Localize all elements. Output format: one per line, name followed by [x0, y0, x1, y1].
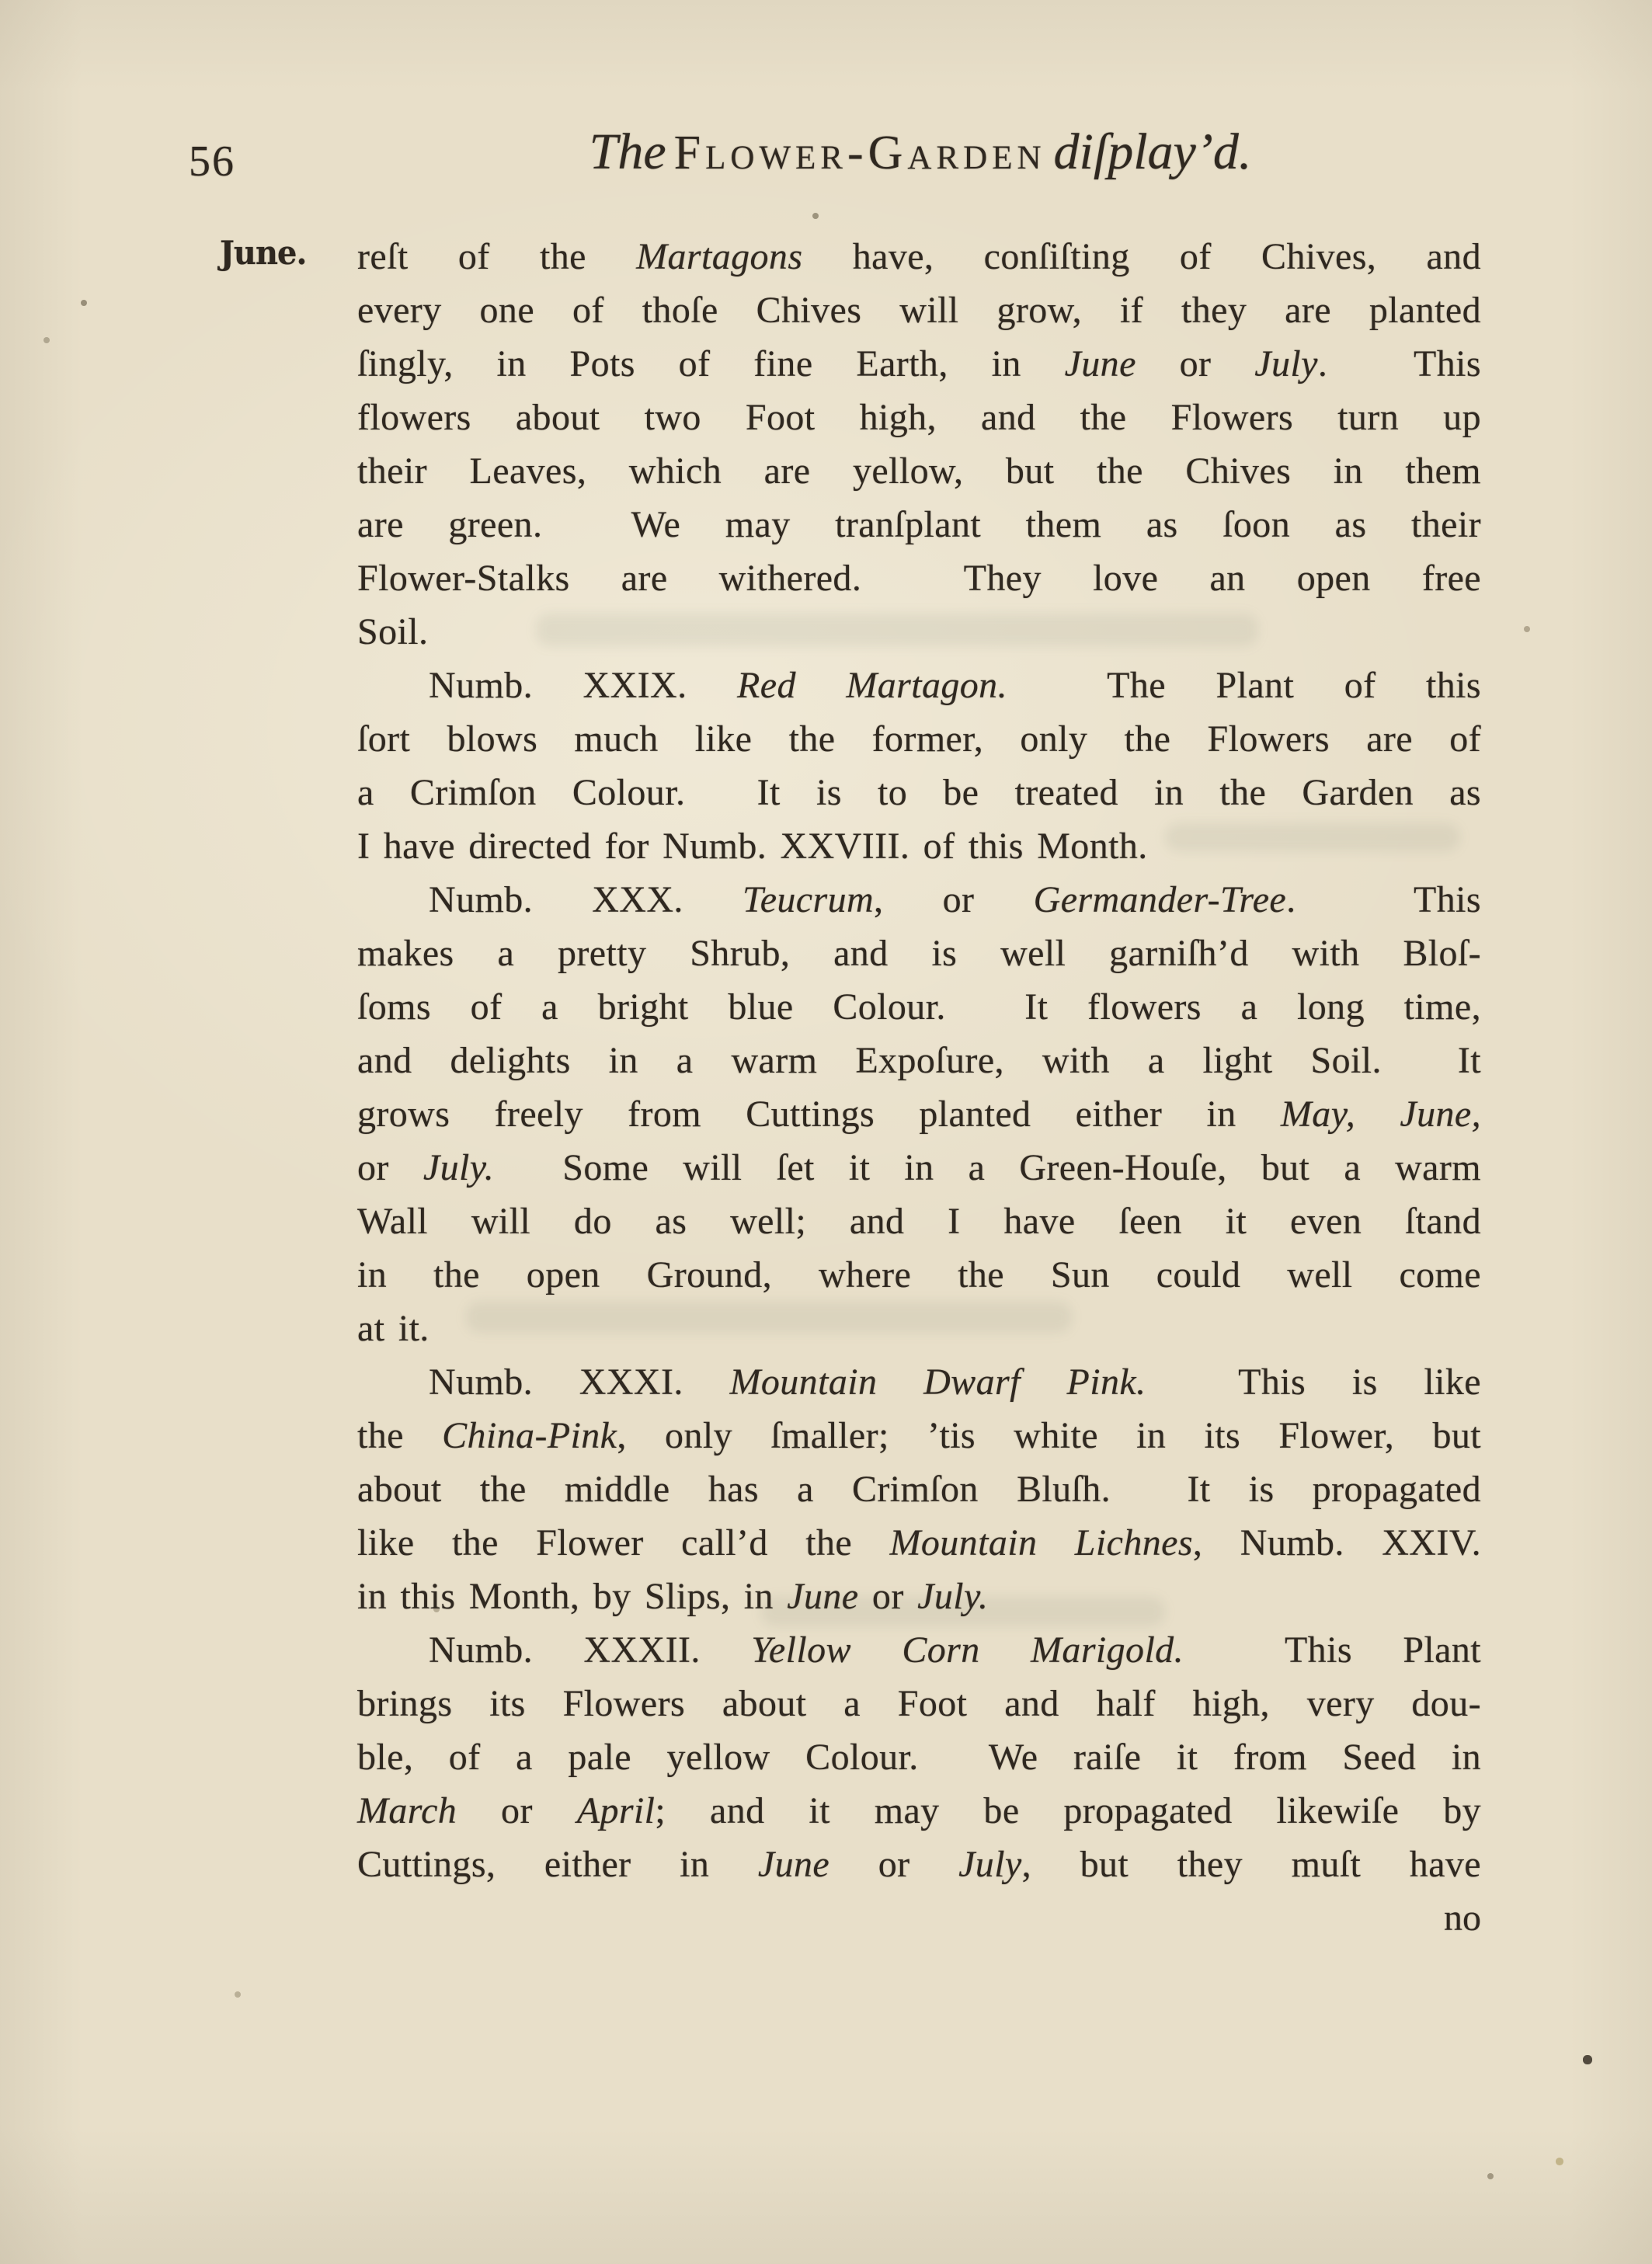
text-segment: ſort blows much like the former, only th… [357, 718, 1481, 760]
text-segment: Numb. XXXII. [429, 1629, 751, 1671]
text-line: a Crimſon Colour. It is to be treated in… [357, 766, 1481, 819]
italic-text-segment: June [1065, 343, 1136, 384]
text-line: every one of thoſe Chives will grow, if … [357, 283, 1481, 337]
text-line: flowers about two Foot high, and the Flo… [357, 391, 1481, 444]
text-segment: makes a pretty Shrub, and is well garniſ… [357, 933, 1481, 974]
margin-note-month: June. [220, 234, 306, 272]
text-line: their Leaves, which are yellow, but the … [357, 444, 1481, 498]
italic-text-segment: July. [423, 1147, 494, 1188]
italic-text-segment: Mountain Dwarf Pink. [730, 1362, 1146, 1403]
running-title-caps: Flower-Garden [669, 127, 1051, 179]
italic-text-segment: Germander-Tree [1034, 879, 1286, 920]
book-page-scan: { "colors": { "paper": "#e8dfc9", "ink":… [0, 0, 1652, 2264]
italic-text-segment: June [758, 1844, 829, 1885]
text-line: and delights in a warm Expoſure, with a … [357, 1034, 1481, 1087]
text-line: brings its Flowers about a Foot and half… [357, 1677, 1481, 1730]
text-segment: the [357, 1415, 442, 1456]
text-segment: . This [1318, 343, 1481, 384]
italic-text-segment: July [958, 1844, 1022, 1885]
text-segment: Flower-Stalks are withered. They love an… [357, 558, 1481, 599]
text-segment: or [1136, 343, 1254, 384]
page-number: 56 [189, 137, 235, 186]
text-segment: their Leaves, which are yellow, but the … [357, 450, 1481, 492]
text-segment: brings its Flowers about a Foot and half… [357, 1683, 1481, 1724]
text-segment: Some will ſet it in a Green-Houſe, but a… [494, 1147, 1481, 1188]
text-segment: This is like [1146, 1362, 1481, 1403]
text-segment: . This [1286, 879, 1481, 920]
italic-text-segment: July. [917, 1576, 988, 1617]
paragraph: Numb. XXX. Teucrum, or Germander-Tree. T… [357, 873, 1481, 1355]
italic-text-segment: China-Pink [442, 1415, 617, 1456]
text-block: reſt of the Martagons have, conſiſting o… [357, 230, 1481, 1945]
text-segment: in the open Ground, where the Sun could … [357, 1254, 1481, 1295]
text-line: ble, of a pale yellow Colour. We raiſe i… [357, 1730, 1481, 1784]
running-title-tail: diſplay’d. [1054, 123, 1252, 180]
text-segment: Wall will do as well; and I have ſeen it… [357, 1201, 1481, 1242]
text-segment: ble, of a pale yellow Colour. We raiſe i… [357, 1737, 1481, 1778]
text-line: the China-Pink, only ſmaller; ’tis white… [357, 1409, 1481, 1462]
text-segment: , but they muſt have [1022, 1844, 1481, 1885]
text-segment: flowers about two Foot high, and the Flo… [357, 397, 1481, 438]
text-segment: like the Flower call’d the [357, 1522, 890, 1563]
text-segment: or [859, 1576, 918, 1617]
text-line: or July. Some will ſet it in a Green-Hou… [357, 1141, 1481, 1195]
text-line: March or April; and it may be propagated… [357, 1784, 1481, 1838]
italic-text-segment: Yellow Corn Marigold. [751, 1629, 1184, 1671]
text-segment: Numb. XXX. [429, 879, 743, 920]
text-line: reſt of the Martagons have, conſiſting o… [357, 230, 1481, 283]
text-segment: or [357, 1147, 423, 1188]
text-line: in the open Ground, where the Sun could … [357, 1248, 1481, 1302]
text-segment: and delights in a warm Expoſure, with a … [357, 1040, 1481, 1081]
text-segment: , only ſmaller; ’tis white in its Flower… [617, 1415, 1481, 1456]
text-line: Numb. XXXI. Mountain Dwarf Pink. This is… [357, 1355, 1481, 1409]
italic-text-segment: Red Martagon. [737, 665, 1007, 706]
text-segment: reſt of the [357, 236, 636, 277]
text-segment: are green. We may tranſplant them as ſoo… [357, 504, 1481, 545]
paragraph: Numb. XXXI. Mountain Dwarf Pink. This is… [357, 1355, 1481, 1623]
text-segment: The Plant of this [1007, 665, 1481, 706]
text-line: Flower-Stalks are withered. They love an… [357, 551, 1481, 605]
paper-speck [0, 0, 3, 3]
italic-text-segment: Martagons [636, 236, 802, 277]
paragraph: reſt of the Martagons have, conſiſting o… [357, 230, 1481, 659]
text-line: Numb. XXX. Teucrum, or Germander-Tree. T… [357, 873, 1481, 927]
paragraph: Numb. XXIX. Red Martagon. The Plant of t… [357, 659, 1481, 873]
text-segment: ; and it may be propagated likewiſe by [655, 1790, 1481, 1831]
text-segment: This Plant [1184, 1629, 1481, 1671]
text-segment: have, conſiſting of Chives, and [802, 236, 1481, 277]
text-segment: ſingly, in Pots of fine Earth, in [357, 343, 1065, 384]
italic-text-segment: Mountain Lichnes [890, 1522, 1193, 1563]
italic-text-segment: May, [1281, 1094, 1355, 1135]
text-segment: , or [874, 879, 1034, 920]
text-segment [1355, 1094, 1400, 1135]
italic-text-segment: June, [1400, 1094, 1481, 1135]
text-line: ſingly, in Pots of fine Earth, in June o… [357, 337, 1481, 391]
text-segment: or [829, 1844, 958, 1885]
italic-text-segment: June [787, 1576, 858, 1617]
text-line: about the middle has a Crimſon Bluſh. It… [357, 1462, 1481, 1516]
text-line: ſort blows much like the former, only th… [357, 712, 1481, 766]
catchword: no [1444, 1897, 1481, 1939]
text-segment: every one of thoſe Chives will grow, if … [357, 290, 1481, 331]
text-segment: a Crimſon Colour. It is to be treated in… [357, 772, 1481, 813]
text-segment: Cuttings, either in [357, 1844, 758, 1885]
text-line: Wall will do as well; and I have ſeen it… [357, 1195, 1481, 1248]
text-line: are green. We may tranſplant them as ſoo… [357, 498, 1481, 551]
text-segment: Soil. [357, 611, 428, 652]
text-segment: about the middle has a Crimſon Bluſh. It… [357, 1469, 1481, 1510]
text-segment: at it. [357, 1308, 430, 1349]
text-segment: or [457, 1790, 577, 1831]
italic-text-segment: April [577, 1790, 656, 1831]
text-line: Cuttings, either in June or July, but th… [357, 1838, 1481, 1891]
running-title-lead: The [590, 123, 666, 180]
text-segment: in this Month, by Slips, in [357, 1576, 787, 1617]
text-line: grows freely from Cuttings planted eithe… [357, 1087, 1481, 1141]
text-line: makes a pretty Shrub, and is well garniſ… [357, 927, 1481, 980]
text-segment: ſoms of a bright blue Colour. It flowers… [357, 986, 1481, 1028]
text-segment: I have directed for Numb. XXVIII. of thi… [357, 826, 1148, 867]
text-segment: , Numb. XXIV. [1193, 1522, 1481, 1563]
text-segment: grows freely from Cuttings planted eithe… [357, 1094, 1281, 1135]
text-line: ſoms of a bright blue Colour. It flowers… [357, 980, 1481, 1034]
italic-text-segment: Teucrum [743, 879, 874, 920]
text-segment: Numb. XXIX. [429, 665, 737, 706]
running-title: The Flower-Garden diſplay’d. [357, 123, 1483, 182]
paragraph: Numb. XXXII. Yellow Corn Marigold. This … [357, 1623, 1481, 1891]
text-line: Numb. XXIX. Red Martagon. The Plant of t… [357, 659, 1481, 712]
text-segment: Numb. XXXI. [429, 1362, 730, 1403]
italic-text-segment: March [357, 1790, 457, 1831]
text-line: like the Flower call’d the Mountain Lich… [357, 1516, 1481, 1570]
text-line: Numb. XXXII. Yellow Corn Marigold. This … [357, 1623, 1481, 1677]
italic-text-segment: July [1254, 343, 1318, 384]
